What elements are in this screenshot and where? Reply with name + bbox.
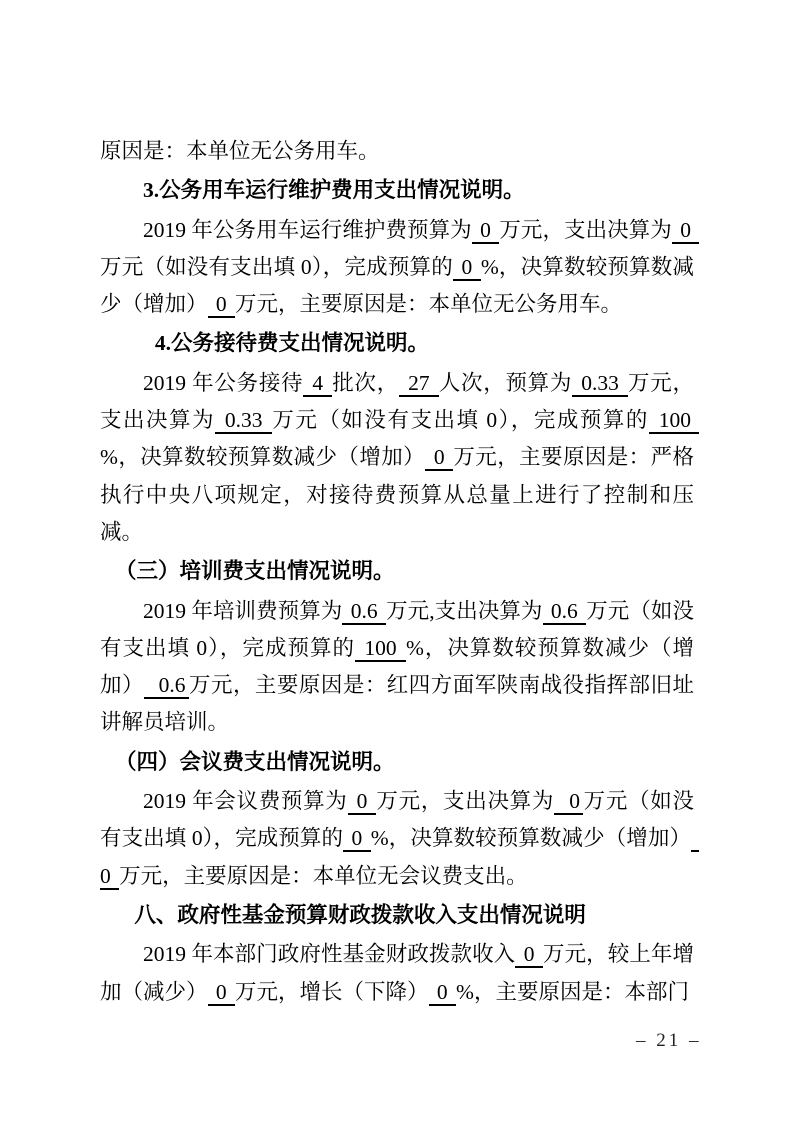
blank-value: 0.6 xyxy=(144,673,189,699)
heading-official-reception: 4.公务接待费支出情况说明。 xyxy=(100,325,694,362)
paragraph-gov-fund-detail: 2019 年本部门政府性基金财政拨款收入 0 万元，较上年增加（减少） 0 万元… xyxy=(100,936,694,1011)
blank-value: 0.6 xyxy=(543,599,587,625)
paragraph-meeting-fee-detail: 2019 年会议费预算为 0 万元，支出决算为 0万元（如没有支出填 0），完成… xyxy=(100,783,694,895)
text-run: 万元，支出决算为 xyxy=(376,789,554,813)
blank-value: 0 xyxy=(472,218,500,244)
blank-value: 0 xyxy=(672,218,700,244)
paragraph-training-fee-detail: 2019 年培训费预算为 0.6 万元,支出决算为 0.6 万元（如没有支出填 … xyxy=(100,593,694,742)
text-run: 万元，支出决算为 xyxy=(499,218,671,242)
paragraph-vehicle-maintenance-detail: 2019 年公务用车运行维护费预算为 0 万元，支出决算为 0 万元（如没有支出… xyxy=(100,212,694,324)
text-run: %，决算数较预算数减少（增加） xyxy=(371,826,691,850)
text-run: 批次， xyxy=(332,371,399,395)
blank-value: 0 xyxy=(515,942,543,968)
text-run: 万元，主要原因是：本单位无会议费支出。 xyxy=(119,864,528,888)
heading-text: （四）会议费支出情况说明。 xyxy=(115,750,395,774)
text-run: 万元，主要原因是：本单位无公务用车。 xyxy=(235,292,622,316)
text-run: %，主要原因是：本部门 xyxy=(456,980,689,1004)
document-page: 原因是：本单位无公务用车。 3.公务用车运行维护费用支出情况说明。 2019 年… xyxy=(0,0,793,1122)
paragraph-carryover: 原因是：本单位无公务用车。 xyxy=(100,133,694,170)
text-run: 2019 年公务接待 xyxy=(143,371,303,395)
heading-gov-fund-budget: 八、政府性基金预算财政拨款收入支出情况说明 xyxy=(100,897,694,934)
blank-value: 0 xyxy=(348,789,377,815)
blank-value: 100 xyxy=(355,636,406,662)
blank-value: 0 xyxy=(429,980,457,1006)
text-run: 2019 年培训费预算为 xyxy=(143,599,342,623)
blank-value: 0 xyxy=(554,789,583,815)
heading-official-vehicle-maintenance: 3.公务用车运行维护费用支出情况说明。 xyxy=(100,172,694,209)
blank-value: 0 xyxy=(453,255,481,281)
blank-value: 27 xyxy=(399,371,439,397)
paragraph-official-reception-detail: 2019 年公务接待 4 批次， 27 人次，预算为 0.33 万元，支出决算为… xyxy=(100,365,694,551)
heading-text: 3.公务用车运行维护费用支出情况说明。 xyxy=(143,178,525,202)
blank-value: 0.33 xyxy=(572,371,628,397)
document-body: 原因是：本单位无公务用车。 3.公务用车运行维护费用支出情况说明。 2019 年… xyxy=(100,133,694,1011)
text-run: 人次，预算为 xyxy=(439,371,572,395)
text-run: 万元（如没有支出填 0），完成预算的 xyxy=(100,255,453,279)
page-number: – 21 – xyxy=(636,1030,702,1052)
text-run: 万元,支出决算为 xyxy=(386,599,542,623)
text-run: %，决算数较预算数减少（增加） xyxy=(100,445,425,469)
text-run: 万元，增长（下降） xyxy=(235,980,429,1004)
text-run: 万元，主要原因是：红四方面军陕南战役指挥部旧址讲解员培训。 xyxy=(100,673,694,734)
heading-text: 4.公务接待费支出情况说明。 xyxy=(155,331,429,355)
heading-text: 八、政府性基金预算财政拨款收入支出情况说明 xyxy=(134,903,586,928)
text-run: 2019 年本部门政府性基金财政拨款收入 xyxy=(143,942,515,966)
blank-value: 0 xyxy=(343,826,371,852)
text-run: 万元（如没有支出填 0），完成预算的 xyxy=(272,408,648,432)
blank-value: 100 xyxy=(649,408,700,434)
heading-meeting-fee: （四）会议费支出情况说明。 xyxy=(100,744,694,781)
blank-value: 4 xyxy=(303,371,332,397)
blank-value: 0 xyxy=(208,292,236,318)
text-run: 原因是：本单位无公务用车。 xyxy=(100,139,380,163)
text-run: 2019 年会议费预算为 xyxy=(143,789,348,813)
heading-training-fee: （三）培训费支出情况说明。 xyxy=(100,553,694,590)
blank-value: 0 xyxy=(208,980,236,1006)
heading-text: （三）培训费支出情况说明。 xyxy=(115,559,395,583)
blank-value: 0 xyxy=(425,445,453,471)
text-run: 2019 年公务用车运行维护费预算为 xyxy=(143,218,472,242)
blank-value: 0.6 xyxy=(342,599,386,625)
blank-value: 0.33 xyxy=(215,408,272,434)
